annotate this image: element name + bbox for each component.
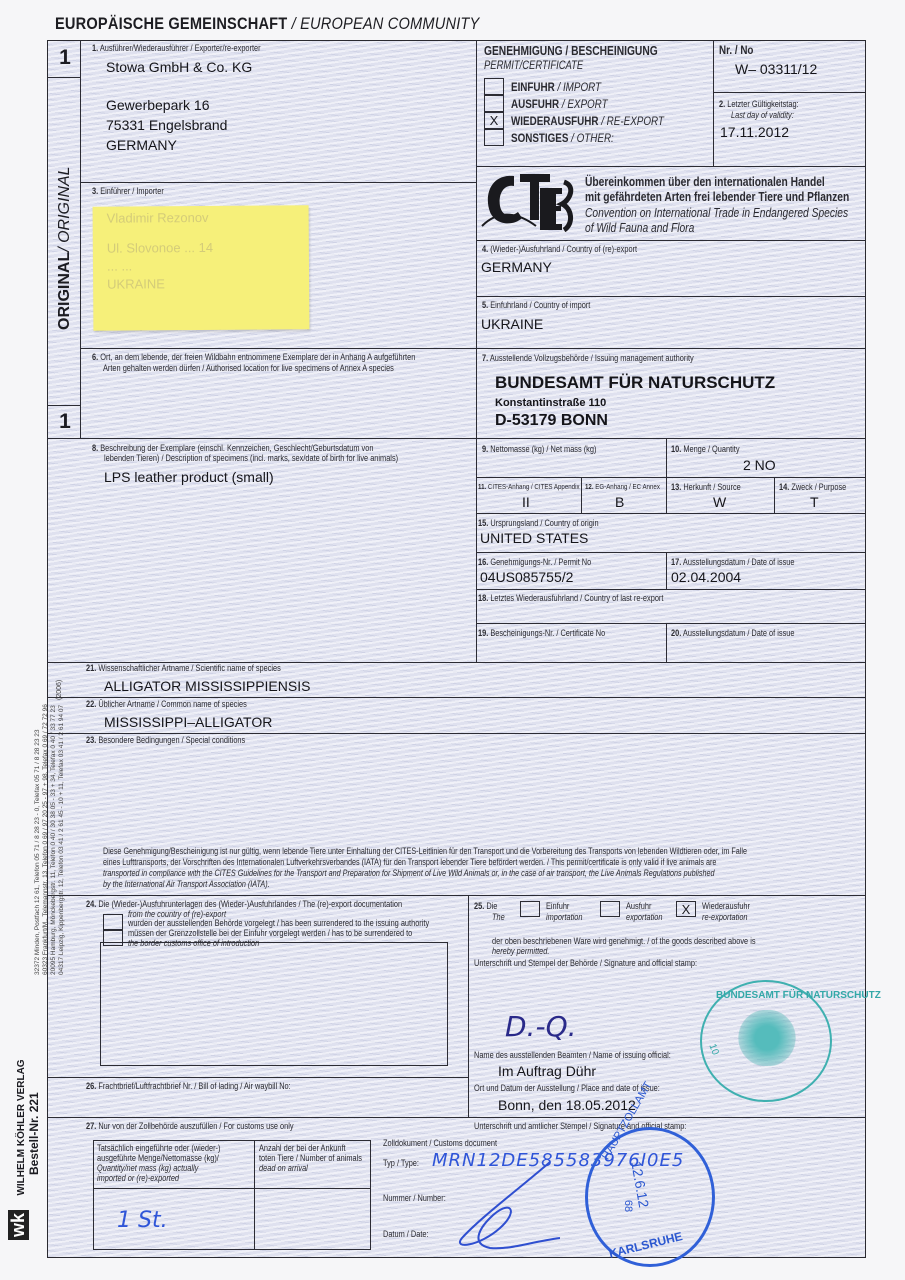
box25-signature-label: Unterschrift und Stempel der Behörde / S… [474,958,697,968]
box25-checkbox-1[interactable] [600,901,620,917]
box25-option-2-en: re-exportation [702,912,748,922]
customs-signature-icon [450,1158,570,1258]
box6-label-2: Arten gehalten werden dürfen / Authorise… [103,363,394,373]
transport-notice-3: transported in compliance with the CITES… [103,868,715,878]
title-english: / EUROPEAN COMMUNITY [292,14,480,33]
customs-date-label: Datum / Date: [383,1229,429,1239]
box25-option-2-de: Wiederausfuhr [702,901,750,911]
box25-permitted-2: hereby permitted. [492,946,549,956]
authority-name: BUNDESAMT FÜR NATURSCHUTZ [495,373,775,393]
box24-doc-area [100,942,448,1066]
box24-option-1: wurden der ausstellenden Behörde vorgele… [128,918,429,928]
cites-line3: Convention on International Trade in End… [585,206,848,220]
permit-type-label-3: SONSTIGES / OTHER: [511,131,614,145]
origin-country: UNITED STATES [480,530,588,546]
copy-label: ORIGINAL/ ORIGINAL [56,166,74,330]
ec-annex: B [615,494,624,510]
copy-number-bottom: 1 [51,410,79,434]
box7-label: 7. Ausstellende Vollzugsbehörde / Issuin… [482,353,694,363]
box4-label: 4. (Wieder-)Ausfuhrland / Country of (re… [482,244,637,254]
purpose: T [810,494,819,510]
box2-label-de: 2. Letzter Gültigkeitstag: [719,99,799,109]
customs-number-label: Nummer / Number: [383,1193,446,1203]
box10-label: 10. Menge / Quantity [671,444,740,454]
box25-checkbox-2[interactable]: X [676,901,696,917]
place-date: Bonn, den 18.05.2012 [498,1097,636,1113]
scientific-name: ALLIGATOR MISSISSIPPIENSIS [104,678,310,694]
reexport-country: GERMANY [481,259,552,275]
box3-label: 3. Einführer / Importer [92,186,164,196]
permit-issue-date: 02.04.2004 [671,569,741,585]
box12-label: 12. EG-Anhang / EC Annex [585,482,660,491]
transport-notice-2: eines Lufttransports, der Vorschriften d… [103,857,716,867]
box11-label: 11. CITES-Anhang / CITES Appendix [478,482,580,491]
box8-label-2: lebenden Tieren) / Description of specim… [104,453,398,463]
common-name: MISSISSIPPI–ALLIGATOR [104,714,272,730]
permit-title-de: GENEHMIGUNG / BESCHEINIGUNG [484,44,658,58]
authority-street: Konstantinstraße 110 [495,397,606,409]
document-page: EUROPÄISCHE GEMEINSCHAFT / EUROPEAN COMM… [0,0,905,1280]
validity-date: 17.11.2012 [720,124,789,140]
box25-the: The [492,912,505,922]
permit-type-label-1: AUSFUHR / EXPORT [511,97,608,111]
permit-number-label: Nr. / No [719,43,753,57]
eagle-icon [738,1010,796,1066]
permit-type-label-0: EINFUHR / IMPORT [511,80,601,94]
official-name-label: Name des ausstellenden Beamten / Name of… [474,1050,671,1060]
source: W [713,494,726,510]
box9-label: 9. Nettomasse (kg) / Net mass (kg) [482,444,596,454]
box15-label: 15. Ursprungsland / Country of origin [478,518,599,528]
box2-label-en: Last day of validity: [731,110,794,120]
transport-notice-4: by the International Air Transport Assoc… [103,879,270,889]
box6-label-1: 6. Ort, an dem lebende, der freien Wildb… [92,352,415,362]
customs-stamp: HAUPTZOLLAMT 12.6.12 68 KARLSRUHE [585,1127,715,1267]
publisher-order: Bestell-Nr. 221 [25,1092,43,1175]
box25-permitted-1: der oben beschriebenen Ware wird genehmi… [492,936,756,946]
cites-line1: Übereinkommen über den internationalen H… [585,175,825,189]
box23-label: 23. Besondere Bedingungen / Special cond… [86,735,245,745]
official-name: Im Auftrag Dühr [498,1063,596,1079]
box25-option-1-en: exportation [626,912,663,922]
box14-label: 14. Zweck / Purpose [779,482,846,492]
box21-label: 21. Wissenschaftlicher Artname / Scienti… [86,663,281,673]
publisher-logo: wk [8,1210,29,1240]
publisher-addresses: 32372 Minden, Postfach 12 61, Telefon 05… [34,704,66,975]
box16-label: 16. Genehmigungs-Nr. / Permit No [478,557,591,567]
permit-type-checkbox-0[interactable] [484,78,504,95]
box24-checkbox-surrendered[interactable] [103,914,123,930]
place-date-label: Ort und Datum der Ausstellung / Place an… [474,1083,660,1093]
copy-number-top: 1 [51,46,79,70]
permit-type-checkbox-1[interactable] [484,95,504,112]
box8-label-1: 8. Beschreibung der Exemplare (einschl. … [92,443,373,453]
customs-quantity: 1 St. [117,1208,168,1233]
box22-label: 22. Üblicher Artname / Common name of sp… [86,699,247,709]
box25-option-0-en: importation [546,912,583,922]
authority-city: D-53179 BONN [495,412,608,430]
cites-line4: of Wild Fauna and Flora [585,221,694,235]
exporter-street: Gewerbepark 16 [106,97,210,113]
specimen-description: LPS leather product (small) [104,469,274,485]
box19-label: 19. Bescheinigungs-Nr. / Certificate No [478,628,605,638]
permit-number: W– 03311/12 [735,61,817,77]
permit-type-label-2: WIEDERAUSFUHR / RE-EXPORT [511,114,664,128]
box5-label: 5. Einfuhrland / Country of import [482,300,590,310]
import-country: UKRAINE [481,316,543,332]
permit-title-en: PERMIT/CERTIFICATE [484,60,583,72]
box25-option-1-de: Ausfuhr [626,901,651,911]
box25-die: 25. Die [474,901,497,911]
exporter-country: GERMANY [106,137,177,153]
bfn-stamp: BUNDESAMT FÜR NATURSCHUTZ 10 [700,980,832,1102]
cites-logo-icon [480,168,576,234]
box1-label: 1. Ausführer/Wiederausführer / Exporter/… [92,43,261,53]
transport-notice-1: Diese Genehmigung/Bescheinigung ist nur … [103,846,747,856]
customs-type-label: Typ / Type: [383,1158,419,1168]
publisher-year: (2006) [56,680,63,700]
cites-line2: mit gefährdeten Arten frei lebender Tier… [585,190,849,204]
sticky-note: Vladimir Rezonov Ul. Slovonoe ... 14 ...… [93,205,310,331]
title-german: EUROPÄISCHE GEMEINSCHAFT [55,14,287,33]
customs-doc-label: Zolldokument / Customs document [383,1138,497,1148]
box18-label: 18. Letztes Wiederausfuhrland / Country … [478,593,663,603]
box13-label: 13. Herkunft / Source [671,482,741,492]
cites-appendix: II [522,494,530,510]
box17-label: 17. Ausstellungsdatum / Date of issue [671,557,794,567]
box20-label: 20. Ausstellungsdatum / Date of issue [671,628,794,638]
quantity: 2 NO [743,457,776,473]
permit-type-checkbox-2[interactable]: X [484,112,504,129]
exporter-name: Stowa GmbH & Co. KG [106,59,252,75]
box25-option-0-de: Einfuhr [546,901,569,911]
box26-label: 26. Frachtbrief/Luftfrachtbrief Nr. / Bi… [86,1081,291,1091]
form-title: EUROPÄISCHE GEMEINSCHAFT / EUROPEAN COMM… [55,14,479,34]
permit-type-checkbox-3[interactable] [484,129,504,146]
issuer-signature: D.-Q. [505,1010,577,1043]
exporter-city: 75331 Engelsbrand [106,117,227,133]
box25-checkbox-0[interactable] [520,901,540,917]
box27-label: 27. Nur von der Zollbehörde auszufüllen … [86,1121,294,1131]
box24-option-2a: müssen der Grenzzollstelle bei der Einfu… [128,928,412,938]
box24-label-1: 24. Die (Wieder-)Ausfuhrunterlagen des (… [86,899,402,909]
permit-no: 04US085755/2 [480,569,573,585]
